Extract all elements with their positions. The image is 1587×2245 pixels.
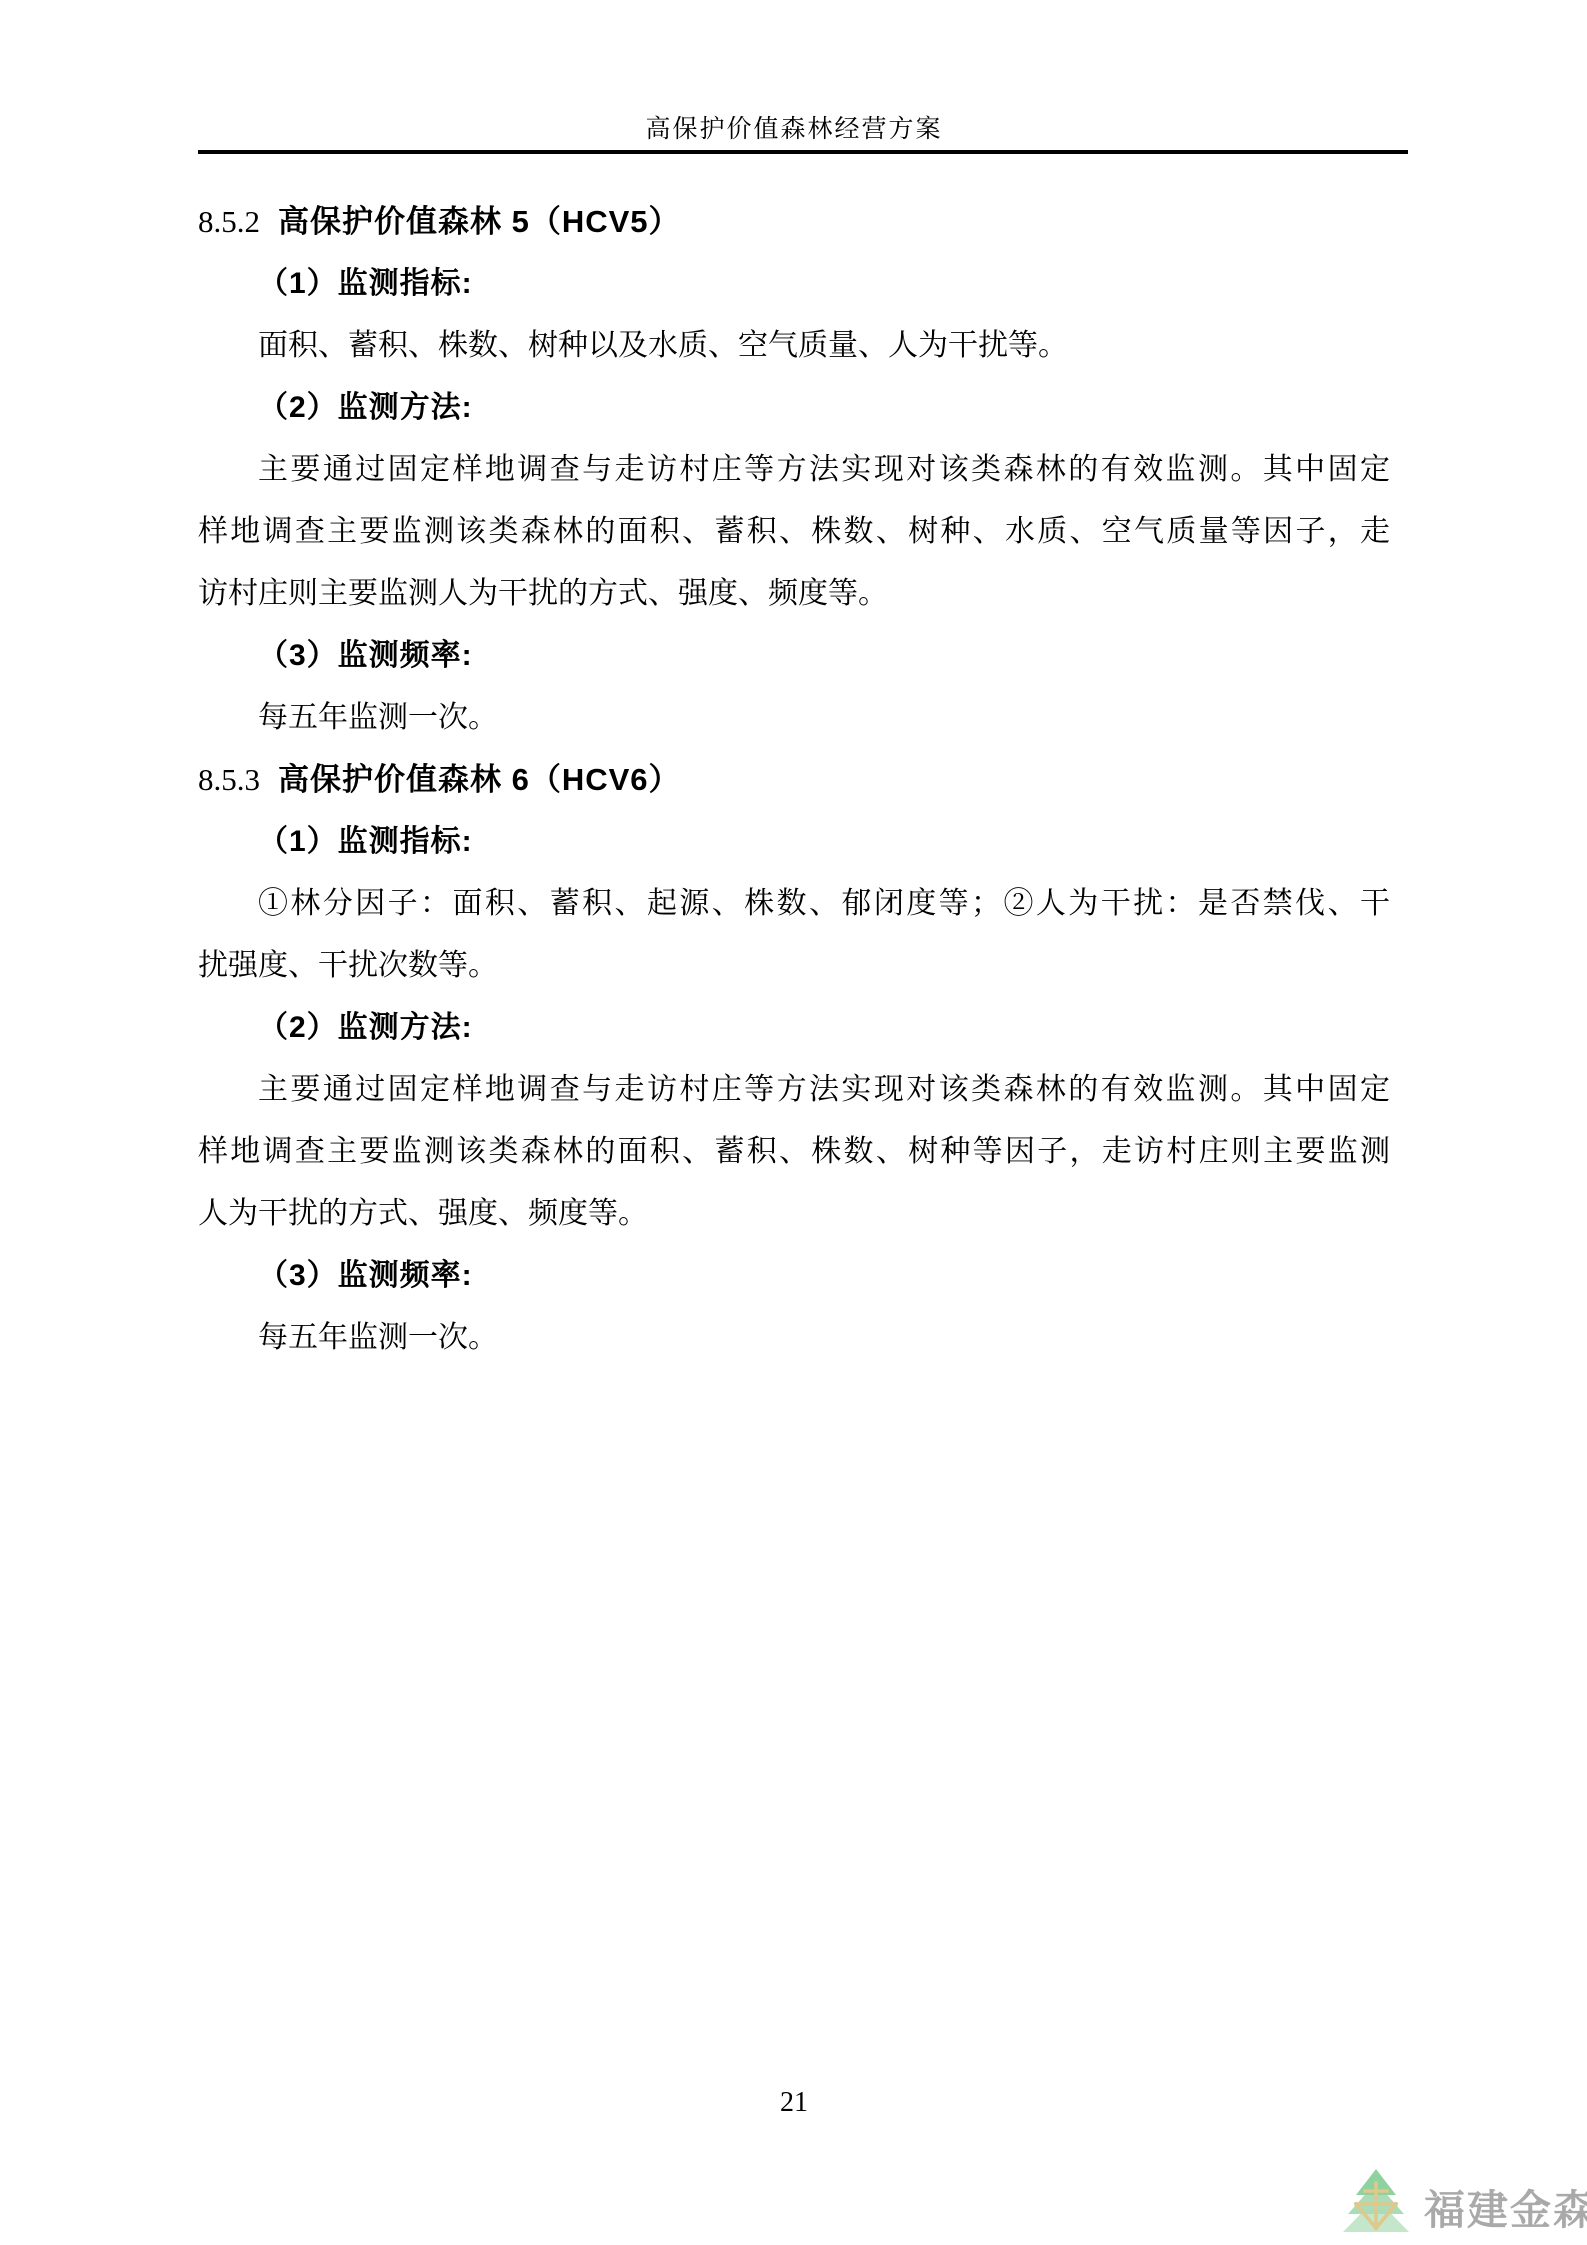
- subheading-indicators: （1）监测指标:: [198, 811, 1390, 873]
- paragraph-line: 样地调查主要监测该类森林的面积、蓄积、株数、树种等因子，走访村庄则主要监测: [198, 1121, 1390, 1183]
- section-heading-853: 8.5.3高保护价值森林 6（HCV6）: [198, 749, 1390, 811]
- paragraph-line: 样地调查主要监测该类森林的面积、蓄积、株数、树种、水质、空气质量等因子，走: [198, 501, 1390, 563]
- subheading-frequency: （3）监测频率:: [198, 1245, 1390, 1307]
- subheading-indicators: （1）监测指标:: [198, 253, 1390, 315]
- subheading-method: （2）监测方法:: [198, 997, 1390, 1059]
- page-number: 21: [198, 2085, 1390, 2121]
- section-heading-852: 8.5.2高保护价值森林 5（HCV5）: [198, 191, 1390, 253]
- paragraph-line: 面积、蓄积、株数、树种以及水质、空气质量、人为干扰等。: [198, 315, 1390, 377]
- pine-tree-icon: [1343, 2169, 1409, 2232]
- header-divider-rule: [198, 150, 1408, 154]
- section-title: 高保护价值森林 6（HCV6）: [278, 762, 681, 797]
- paragraph-line: ①林分因子：面积、蓄积、起源、株数、郁闭度等；②人为干扰：是否禁伐、干: [198, 873, 1390, 935]
- section-title: 高保护价值森林 5（HCV5）: [278, 204, 681, 239]
- paragraph-line: 人为干扰的方式、强度、频度等。: [198, 1183, 1390, 1245]
- subheading-method: （2）监测方法:: [198, 377, 1390, 439]
- paragraph-line: 每五年监测一次。: [198, 1307, 1390, 1369]
- subheading-frequency: （3）监测频率:: [198, 625, 1390, 687]
- paragraph-line: 主要通过固定样地调查与走访村庄等方法实现对该类森林的有效监测。其中固定: [198, 439, 1390, 501]
- company-logo: 福建金森: [1341, 2168, 1587, 2242]
- document-body: 8.5.2高保护价值森林 5（HCV5） （1）监测指标: 面积、蓄积、株数、树…: [198, 191, 1390, 1369]
- company-name: 福建金森: [1424, 2187, 1587, 2233]
- paragraph-line: 访村庄则主要监测人为干扰的方式、强度、频度等。: [198, 563, 1390, 625]
- running-header-title: 高保护价值森林经营方案: [198, 112, 1390, 146]
- section-number: 8.5.3: [198, 762, 260, 797]
- paragraph-line: 主要通过固定样地调查与走访村庄等方法实现对该类森林的有效监测。其中固定: [198, 1059, 1390, 1121]
- document-page: 高保护价值森林经营方案 8.5.2高保护价值森林 5（HCV5） （1）监测指标…: [0, 0, 1587, 2245]
- section-number: 8.5.2: [198, 204, 260, 239]
- paragraph-line: 扰强度、干扰次数等。: [198, 935, 1390, 997]
- paragraph-line: 每五年监测一次。: [198, 687, 1390, 749]
